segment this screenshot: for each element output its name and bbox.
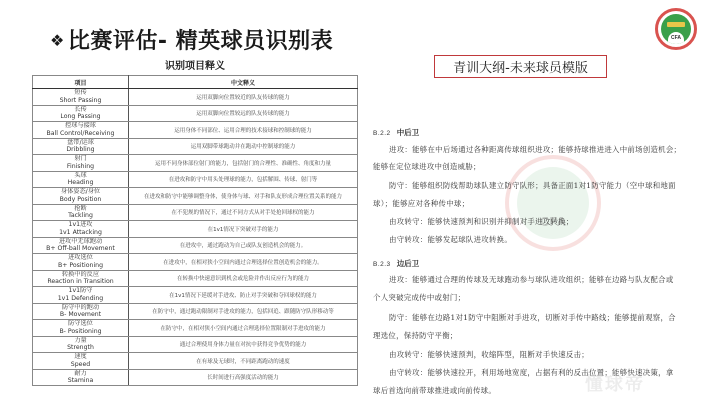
table-row: 进攻中无球跑动B+ Off-ball Movement在进攻中，通过跑动为自己或… [33, 237, 358, 254]
table-row: 进攻选位B+ Positioning在进攻中，在相对狭小空间内通过合理选择位置创… [33, 254, 358, 271]
description-cell: 通过合理使用身体力量在对抗中获得竞争优势的能力 [129, 336, 358, 353]
item-cell: 抢断Tackling [33, 204, 129, 221]
watermark-text: CFA [517, 167, 589, 239]
table-row: 控球与接球Ball Control/Receiving运用身体不同部位、运用合理… [33, 122, 358, 139]
section-name: 中后卫 [397, 128, 420, 137]
item-cell: 速度Speed [33, 353, 129, 370]
description-cell: 运用双脚向位置较远的队友传球的能力 [129, 105, 358, 122]
item-name-zh: 身体姿态/身位 [35, 188, 126, 196]
item-cell: 1v1进攻1v1 Attacking [33, 221, 129, 238]
paragraph-line: 球）；能够应对各种传中球； [373, 198, 469, 209]
cfa-logo: CFA [655, 8, 697, 50]
table-row: 力量Strength通过合理使用身体力量在对抗中获得竞争优势的能力 [33, 336, 358, 353]
item-name-zh: 抢断 [35, 205, 126, 213]
table-row: 防守选位B- Positioning在防守中，在相对狭小空间内通过合理选择位置限… [33, 320, 358, 337]
description-cell: 长时间进行高强度活动的能力 [129, 369, 358, 386]
item-name-en: B- Movement [35, 311, 126, 319]
item-name-en: 1v1 Defending [35, 295, 126, 303]
item-name-en: Tackling [35, 212, 126, 220]
document-title-box: 青训大纲-未来球员模版 [434, 55, 607, 78]
item-cell: 短传Short Passing [33, 89, 129, 106]
cfa-watermark: CFA [505, 155, 601, 251]
description-cell: 运用双脚带球跑动并在跑动中控制球的能力 [129, 138, 358, 155]
slide-title: ❖比赛评估- 精英球员识别表 [50, 24, 333, 55]
table-row: 抢断Tackling在不犯规的情况下，通过不同方式从对手处抢回球权的能力 [33, 204, 358, 221]
paragraph-line: 由守转攻：能够发起球队进攻转换。 [389, 234, 512, 245]
item-name-en: Strength [35, 344, 126, 352]
table-row: 射门Finishing运用不同身体部位射门的能力，包括射门的合理性、准确性、角度… [33, 155, 358, 172]
item-name-zh: 防守选位 [35, 320, 126, 328]
description-cell: 运用双脚向位置较近的队友传球的能力 [129, 89, 358, 106]
section-heading: B.2.2中后卫 [373, 127, 419, 138]
item-cell: 进攻选位B+ Positioning [33, 254, 129, 271]
item-cell: 1v1防守1v1 Defending [33, 287, 129, 304]
item-name-en: Ball Control/Receiving [35, 130, 126, 138]
paragraph-line: 由攻转守：能够快速预判和识别并抑制对手进攻转换； [389, 216, 574, 227]
item-name-zh: 长传 [35, 106, 126, 114]
item-name-zh: 头球 [35, 172, 126, 180]
item-cell: 转换中的反应Reaction in Transition [33, 270, 129, 287]
item-cell: 长传Long Passing [33, 105, 129, 122]
table-row: 防守中的跑动B- Movement在防守中，通过跑动限制对手进攻的能力，包括回追… [33, 303, 358, 320]
item-name-zh: 速度 [35, 353, 126, 361]
item-cell: 头球Heading [33, 171, 129, 188]
section-heading: B.2.3边后卫 [373, 258, 419, 269]
table-row: 耐力Stamina长时间进行高强度活动的能力 [33, 369, 358, 386]
item-name-en: Short Passing [35, 97, 126, 105]
column-header-item: 项目 [33, 76, 129, 89]
description-cell: 在防守中，在相对狭小空间内通过合理选择位置限制对手进攻的能力 [129, 320, 358, 337]
item-name-zh: 耐力 [35, 370, 126, 378]
item-cell: 耐力Stamina [33, 369, 129, 386]
item-name-zh: 控球与接球 [35, 122, 126, 130]
item-cell: 进攻中无球跑动B+ Off-ball Movement [33, 237, 129, 254]
item-cell: 控球与接球Ball Control/Receiving [33, 122, 129, 139]
paragraph-line: 进攻：能够在中后场通过各种距离传球组织进攻；能够持球推进进入中前场创造机会； [389, 144, 681, 155]
diamond-bullet-icon: ❖ [50, 31, 65, 50]
table-row: 1v1进攻1v1 Attacking在1v1情况下突破对手的能力 [33, 221, 358, 238]
paragraph-line: 进攻：能够通过合理的传球及无球跑动参与球队进攻组织；能够在边路与队友配合或 [389, 274, 674, 285]
table-caption: 识别项目释义 [32, 57, 358, 72]
item-name-zh: 力量 [35, 337, 126, 345]
item-name-zh: 1v1进攻 [35, 221, 126, 229]
table-row: 1v1防守1v1 Defending在1v1情况下延缓对手进攻、防止对手突破和夺… [33, 287, 358, 304]
logo-emblem-icon: CFA [661, 14, 691, 44]
item-name-en: B+ Positioning [35, 262, 126, 270]
item-name-zh: 1v1防守 [35, 287, 126, 295]
item-name-zh: 转换中的反应 [35, 271, 126, 279]
paragraph-line: 理选位，保持防守平衡； [373, 330, 458, 341]
item-name-en: Stamina [35, 377, 126, 385]
section-number: B.2.2 [373, 130, 391, 137]
item-name-zh: 防守中的跑动 [35, 304, 126, 312]
item-name-en: B+ Off-ball Movement [35, 245, 126, 253]
paragraph-line: 能够在定位球进攻中创造威胁； [373, 161, 481, 172]
description-cell: 运用不同身体部位射门的能力，包括射门的合理性、准确性、角度和力量 [129, 155, 358, 172]
item-cell: 盘带/运球Dribbling [33, 138, 129, 155]
item-cell: 射门Finishing [33, 155, 129, 172]
item-name-zh: 盘带/运球 [35, 139, 126, 147]
logo-text: CFA [668, 32, 684, 44]
description-cell: 在转换中快速意识到机会或危险并作出反应行为的能力 [129, 270, 358, 287]
table-row: 转换中的反应Reaction in Transition在转换中快速意识到机会或… [33, 270, 358, 287]
description-cell: 在1v1情况下突破对手的能力 [129, 221, 358, 238]
table-row: 头球Heading在进攻和防守中用头处理球的能力，包括解围、传球、射门等 [33, 171, 358, 188]
item-name-en: Heading [35, 179, 126, 187]
section-number: B.2.3 [373, 261, 391, 268]
table-row: 长传Long Passing运用双脚向位置较远的队友传球的能力 [33, 105, 358, 122]
item-name-zh: 短传 [35, 89, 126, 97]
description-cell: 在不犯规的情况下，通过不同方式从对手处抢回球权的能力 [129, 204, 358, 221]
description-cell: 在进攻中，通过跑动为自己或队友创造机会的能力。 [129, 237, 358, 254]
item-cell: 防守中的跑动B- Movement [33, 303, 129, 320]
description-cell: 在1v1情况下延缓对手进攻、防止对手突破和夺回球权的能力 [129, 287, 358, 304]
table-row: 身体姿态/身位Body Position在进攻和防守中能够调整身体，使身体与球、… [33, 188, 358, 205]
item-name-zh: 进攻中无球跑动 [35, 238, 126, 246]
identification-table: 项目 中文释义 短传Short Passing运用双脚向位置较近的队友传球的能力… [32, 75, 358, 386]
table-row: 短传Short Passing运用双脚向位置较近的队友传球的能力 [33, 89, 358, 106]
item-name-en: Body Position [35, 196, 126, 204]
paragraph-line: 球后首选向前带球推进或向前传球。 [373, 385, 496, 396]
paragraph-line: 由攻转守：能够快速预判，收缩阵型，阻断对手快速反击； [389, 349, 589, 360]
item-name-en: Dribbling [35, 146, 126, 154]
item-cell: 防守选位B- Positioning [33, 320, 129, 337]
description-cell: 在进攻和防守中能够调整身体，使身体与球、对手和队友形成合理位置关系的能力 [129, 188, 358, 205]
item-cell: 力量Strength [33, 336, 129, 353]
item-cell: 身体姿态/身位Body Position [33, 188, 129, 205]
item-name-en: Long Passing [35, 113, 126, 121]
table-header-row: 项目 中文释义 [33, 76, 358, 89]
item-name-en: B- Positioning [35, 328, 126, 336]
description-cell: 在有球及无球时，不同距离跑动的速度 [129, 353, 358, 370]
corner-watermark: 懂球帝 [585, 370, 645, 396]
item-name-zh: 进攻选位 [35, 254, 126, 262]
item-name-en: Speed [35, 361, 126, 369]
item-name-en: Reaction in Transition [35, 278, 126, 286]
item-name-en: Finishing [35, 163, 126, 171]
paragraph-line: 个人突破完成传中或射门； [373, 292, 465, 303]
description-cell: 在进攻中，在相对狭小空间内通过合理选择位置创造机会的能力。 [129, 254, 358, 271]
paragraph-line: 防守：能够组织防线帮助球队建立防守队形；具备正面1对1防守能力（空中球和地面 [389, 180, 676, 191]
table-row: 速度Speed在有球及无球时，不同距离跑动的速度 [33, 353, 358, 370]
item-name-en: 1v1 Attacking [35, 229, 126, 237]
item-name-zh: 射门 [35, 155, 126, 163]
description-cell: 在防守中，通过跑动限制对手进攻的能力，包括回追、跟随防守队形移动等 [129, 303, 358, 320]
paragraph-line: 防守：能够在边路1对1防守中阻断对手进攻，切断对手传中路线；能够提前观察，合 [389, 312, 676, 323]
description-cell: 运用身体不同部位、运用合理的技术接球和控制球的能力 [129, 122, 358, 139]
column-header-description: 中文释义 [129, 76, 358, 89]
slide-title-text: 比赛评估- 精英球员识别表 [68, 29, 333, 54]
table-row: 盘带/运球Dribbling运用双脚带球跑动并在跑动中控制球的能力 [33, 138, 358, 155]
description-cell: 在进攻和防守中用头处理球的能力，包括解围、传球、射门等 [129, 171, 358, 188]
section-name: 边后卫 [397, 259, 420, 268]
